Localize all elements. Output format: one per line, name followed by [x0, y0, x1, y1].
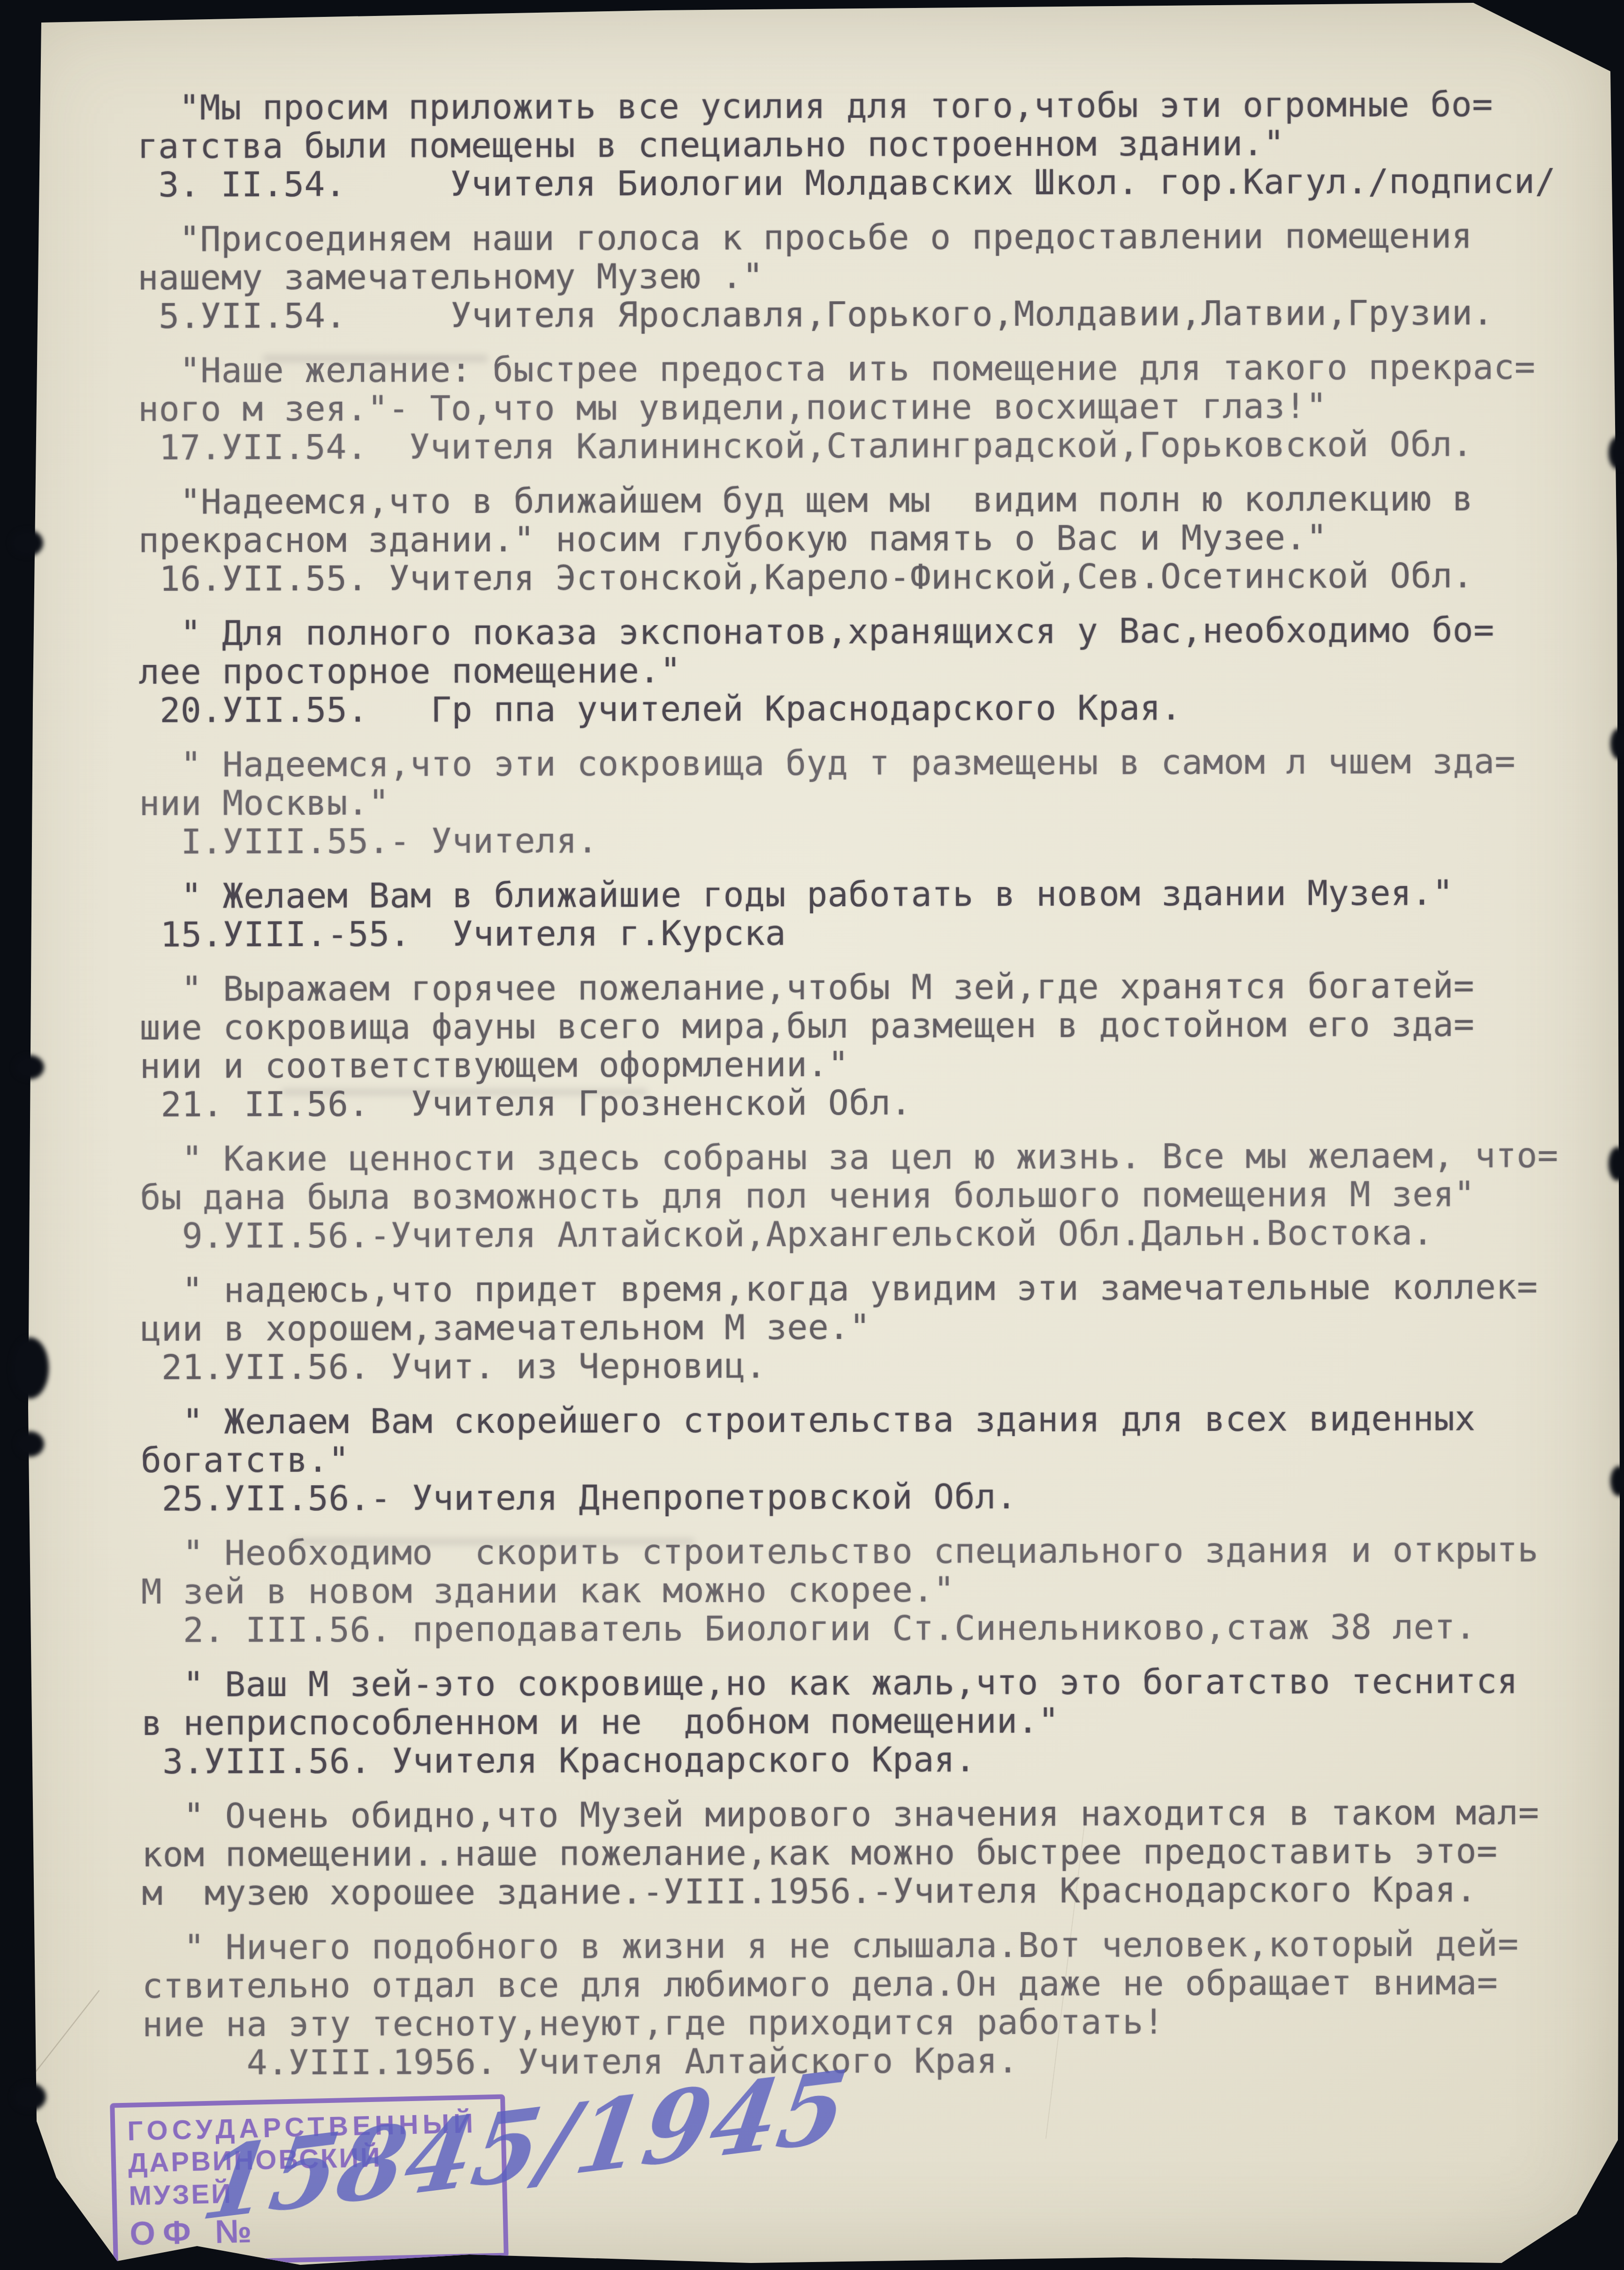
scan-edge-artifact	[11, 1338, 49, 1399]
text-line: нашему замечательному Музею ."	[137, 255, 1550, 298]
text-line: нии Москвы."	[139, 781, 1551, 823]
text-line: " Ваш М зей-это сокровище,но как жаль,чт…	[141, 1662, 1554, 1704]
text-line: 15.УIII.-55. Учителя г.Курска	[139, 912, 1552, 955]
text-line: " Ничего подобного в жизни я не слышала.…	[142, 1925, 1555, 1967]
quote-paragraph: "Присоединяем наши голоса к просьбе о пр…	[137, 217, 1550, 336]
quote-paragraph: " Надеемся,что эти сокровища буд т разме…	[139, 742, 1552, 862]
text-line: 3. II.54. Учителя Биологии Молдавских Шк…	[137, 162, 1550, 205]
scan-edge-artifact	[14, 1055, 44, 1079]
text-line: "Присоединяем наши голоса к просьбе о пр…	[137, 217, 1550, 259]
scan-edge-artifact	[10, 529, 43, 557]
text-line: 21.УII.56. Учит. из Черновиц.	[140, 1345, 1553, 1387]
text-line: ние на эту тесноту,неуют,где приходится …	[142, 2002, 1555, 2044]
text-line: 20.УII.55. Гр ппа учителей Краснодарског…	[139, 688, 1551, 730]
text-line: ком помещении..наше пожелание,как можно …	[142, 1832, 1554, 1874]
scan-edge-artifact	[1610, 1466, 1624, 1496]
text-line: лее просторное помещение."	[139, 650, 1551, 692]
scanned-document-screenshot: { "document": { "description": "Scanned …	[0, 0, 1624, 2270]
quote-paragraph: " Необходимо скорить строительство специ…	[141, 1531, 1554, 1650]
text-line: "Мы просим приложить все усилия для того…	[137, 85, 1549, 128]
text-line: 17.УII.54. Учителя Калининской,Сталингра…	[138, 425, 1550, 467]
quote-paragraph: " Для полного показа экспонатов,хранящих…	[138, 611, 1551, 730]
text-line: ного м зея."- То,что мы увидели,поистине…	[138, 387, 1550, 429]
text-line: " Какие ценности здесь собраны за цел ю …	[140, 1137, 1552, 1179]
text-line: бы дана была возможность для пол чения б…	[140, 1175, 1552, 1217]
quote-paragraph: "Наше желание: быстрее предоста ить поме…	[138, 348, 1551, 467]
quote-paragraph: " Ваш М зей-это сокровище,но как жаль,чт…	[141, 1662, 1554, 1781]
quote-paragraph: "Мы просим приложить все усилия для того…	[137, 85, 1550, 205]
quote-paragraph: "Надеемся,что в ближайшем буд щем мы вид…	[138, 480, 1551, 599]
text-line: прекрасном здании." носим глубокую памят…	[138, 518, 1551, 560]
text-line: нии и соответствующем оформлении."	[140, 1044, 1552, 1086]
scan-edge-artifact	[1610, 728, 1624, 759]
text-line: 5.УII.54. Учителя Ярославля,Горького,Мол…	[138, 294, 1550, 336]
typewritten-text: "Мы просим приложить все усилия для того…	[137, 85, 1555, 2099]
text-line: 2. III.56. преподаватель Биологии Ст.Син…	[141, 1608, 1554, 1650]
text-line: 9.УII.56.-Учителя Алтайской,Архангельско…	[140, 1214, 1553, 1256]
text-line: " Надеемся,что эти сокровища буд т разме…	[139, 742, 1551, 785]
text-line: в неприспособленном и не добном помещени…	[141, 1701, 1554, 1743]
text-line: " Для полного показа экспонатов,хранящих…	[138, 611, 1551, 653]
text-line: " Очень обидно,что Музей мирового значен…	[142, 1794, 1554, 1836]
text-line: "Надеемся,что в ближайшем буд щем мы вид…	[138, 480, 1551, 522]
quote-paragraph: " Желаем Вам скорейшего строительства зд…	[141, 1399, 1554, 1519]
quote-paragraph: " Какие ценности здесь собраны за цел ю …	[140, 1137, 1553, 1256]
quote-paragraph: " Желаем Вам в ближайшие годы работать в…	[139, 874, 1552, 955]
paper-crease	[0, 33, 34, 138]
scan-edge-artifact	[16, 1431, 44, 1457]
text-line: ции в хорошем,замечательном М зее."	[140, 1307, 1553, 1349]
text-line: I.УIII.55.- Учителя.	[139, 819, 1551, 862]
text-line: " Желаем Вам скорейшего строительства зд…	[141, 1399, 1553, 1442]
text-line: " надеюсь,что придет время,когда увидим …	[140, 1268, 1553, 1310]
text-line: м музею хорошее здание.-УIII.1956.-Учите…	[142, 1871, 1554, 1913]
quote-paragraph: " Очень обидно,что Музей мирового значен…	[142, 1794, 1555, 1913]
document-page: "Мы просим приложить все усилия для того…	[0, 0, 1624, 2270]
scan-edge-artifact	[12, 2083, 46, 2111]
scan-edge-artifact	[1609, 436, 1624, 469]
text-line: гатства были помещены в специально постр…	[137, 124, 1550, 166]
scan-edge-artifact	[1609, 1147, 1624, 1181]
text-line: " Выражаем горячее пожелание,чтобы М зей…	[139, 967, 1552, 1009]
text-line: 25.УII.56.- Учителя Днепропетровской Обл…	[141, 1476, 1553, 1519]
text-line: М зей в новом здании как можно скорее."	[141, 1569, 1554, 1612]
text-line: шие сокровища фауны всего мира,был разме…	[140, 1005, 1552, 1047]
text-line: "Наше желание: быстрее предоста ить поме…	[138, 348, 1550, 390]
text-line: ствительно отдал все для любимого дела.О…	[142, 1964, 1555, 2006]
quote-paragraph: " надеюсь,что придет время,когда увидим …	[140, 1268, 1553, 1387]
text-line: 21. II.56. Учителя Грозненской Обл.	[140, 1082, 1552, 1124]
text-line: 3.УIII.56. Учителя Краснодарского Края.	[142, 1739, 1554, 1781]
text-line: " Желаем Вам в ближайшие годы работать в…	[139, 874, 1552, 916]
text-line: 16.УII.55. Учителя Эстонской,Карело-Финс…	[138, 557, 1551, 599]
text-line: " Необходимо скорить строительство специ…	[141, 1531, 1553, 1573]
quote-paragraph: " Выражаем горячее пожелание,чтобы М зей…	[139, 967, 1552, 1124]
paper-crease	[0, 1990, 100, 2228]
text-line: богатств."	[141, 1438, 1553, 1480]
